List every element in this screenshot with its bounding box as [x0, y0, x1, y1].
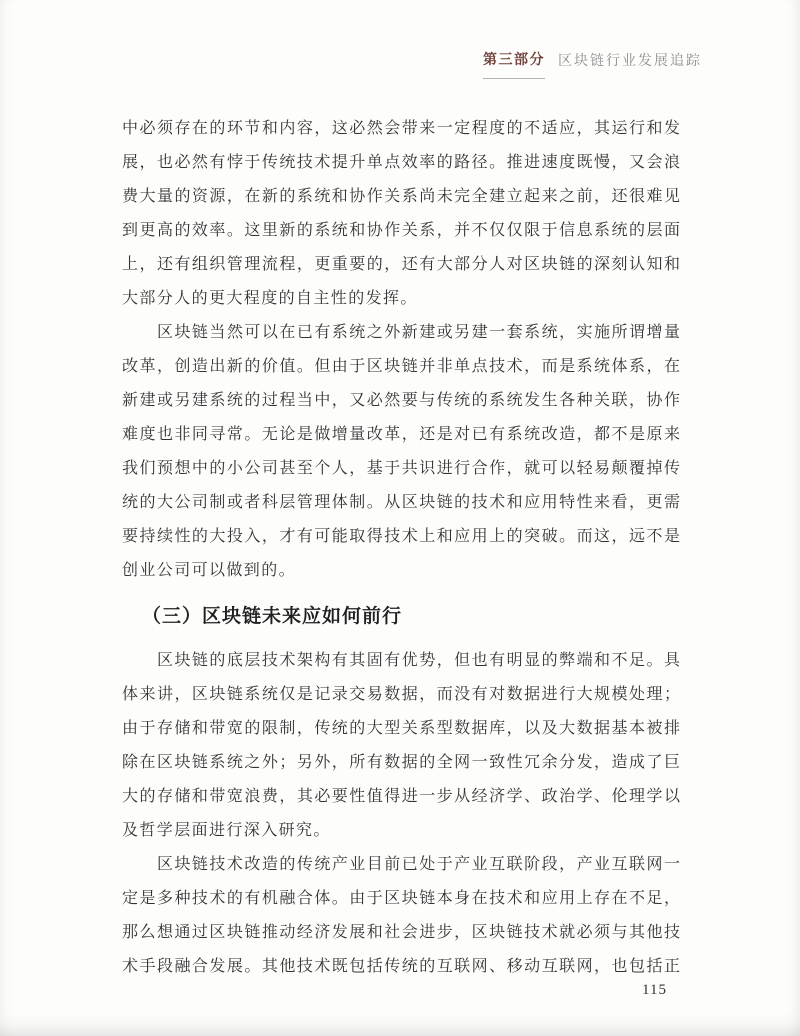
book-page: 第三部分 区块链行业发展追踪 中必须存在的环节和内容，这必然会带来一定程度的不适…	[0, 0, 800, 1036]
part-label: 第三部分	[483, 49, 545, 79]
text-line: 费大量的资源，在新的系统和协作关系尚未完全建立起来之前，还很难见	[122, 180, 680, 214]
text-line: 区块链的底层技术架构有其固有优势，但也有明显的弊端和不足。具	[122, 644, 680, 678]
text-line: 区块链技术改造的传统产业目前已处于产业互联阶段，产业互联网一	[122, 848, 680, 882]
text-line: 由于存储和带宽的限制，传统的大型关系型数据库，以及大数据基本被排	[122, 712, 680, 746]
text-line: 改革，创造出新的价值。但由于区块链并非单点技术，而是系统体系，在	[122, 350, 680, 384]
text-line: 中必须存在的环节和内容，这必然会带来一定程度的不适应，其运行和发	[122, 112, 680, 146]
body-text: 中必须存在的环节和内容，这必然会带来一定程度的不适应，其运行和发展，也必然有悖于…	[122, 112, 680, 984]
text-line: 区块链当然可以在已有系统之外新建或另建一套系统，实施所谓增量	[122, 316, 680, 350]
text-line: 术手段融合发展。其他技术既包括传统的互联网、移动互联网，也包括正	[122, 950, 680, 984]
paragraph: 区块链当然可以在已有系统之外新建或另建一套系统，实施所谓增量改革，创造出新的价值…	[122, 316, 680, 588]
section-heading: （三）区块链未来应如何前行	[122, 603, 680, 630]
text-line: 定是多种技术的有机融合体。由于区块链本身在技术和应用上存在不足，	[122, 882, 680, 916]
text-line: 到更高的效率。这里新的系统和协作关系，并不仅仅限于信息系统的层面	[122, 214, 680, 248]
paragraph: 区块链的底层技术架构有其固有优势，但也有明显的弊端和不足。具体来讲，区块链系统仅…	[122, 644, 680, 848]
page-number: 115	[642, 982, 667, 999]
text-line: 创业公司可以做到的。	[122, 554, 680, 588]
text-line: 难度也非同寻常。无论是做增量改革，还是对已有系统改造，都不是原来	[122, 418, 680, 452]
page-header: 第三部分 区块链行业发展追踪	[483, 49, 702, 79]
text-line: 及哲学层面进行深入研究。	[122, 814, 680, 848]
text-line: 统的大公司制或者科层管理体制。从区块链的技术和应用特性来看，更需	[122, 486, 680, 520]
text-line: 要持续性的大投入，才有可能取得技术上和应用上的突破。而这，远不是	[122, 520, 680, 554]
text-line: 大的存储和带宽浪费，其必要性值得进一步从经济学、政治学、伦理学以	[122, 780, 680, 814]
text-line: 展，也必然有悖于传统技术提升单点效率的路径。推进速度既慢，又会浪	[122, 146, 680, 180]
chapter-title: 区块链行业发展追踪	[558, 49, 702, 70]
paragraph: 区块链技术改造的传统产业目前已处于产业互联阶段，产业互联网一定是多种技术的有机融…	[122, 848, 680, 984]
text-line: 除在区块链系统之外；另外，所有数据的全网一致性冗余分发，造成了巨	[122, 746, 680, 780]
text-line: 体来讲，区块链系统仅是记录交易数据，而没有对数据进行大规模处理；	[122, 678, 680, 712]
text-line: 新建或另建系统的过程当中，又必然要与传统的系统发生各种关联，协作	[122, 384, 680, 418]
paragraph: 中必须存在的环节和内容，这必然会带来一定程度的不适应，其运行和发展，也必然有悖于…	[122, 112, 680, 316]
text-line: 那么想通过区块链推动经济发展和社会进步，区块链技术就必须与其他技	[122, 916, 680, 950]
text-line: 大部分人的更大程度的自主性的发挥。	[122, 282, 680, 316]
text-line: 我们预想中的小公司甚至个人，基于共识进行合作，就可以轻易颠覆掉传	[122, 452, 680, 486]
text-line: 上，还有组织管理流程，更重要的，还有大部分人对区块链的深刻认知和	[122, 248, 680, 282]
